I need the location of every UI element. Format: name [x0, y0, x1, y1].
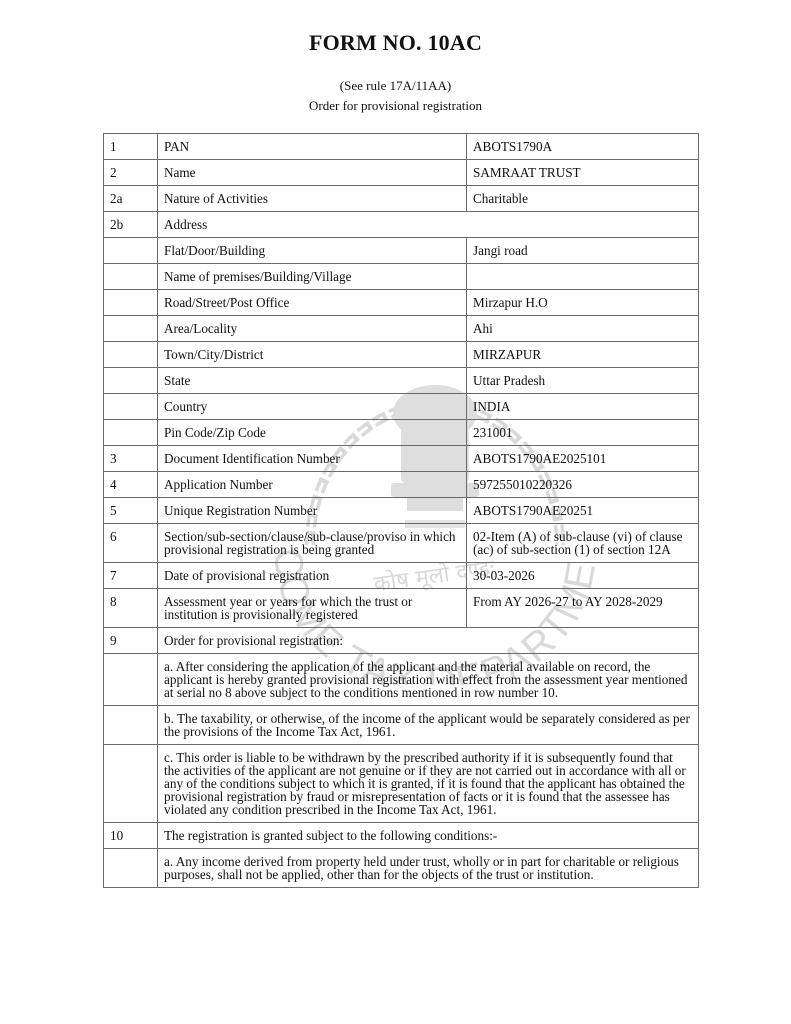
field-label: Application Number: [158, 472, 467, 498]
table-row-order: 9 Order for provisional registration:: [104, 628, 699, 654]
section-label: Address: [158, 212, 699, 238]
address-row: Name of premises/Building/Village: [104, 264, 699, 290]
field-value: 231001: [467, 420, 699, 446]
serial-number: 10: [104, 823, 158, 849]
table-row-assessment-year: 8 Assessment year or years for which the…: [104, 589, 699, 628]
order-paragraph: c. This order is liable to be withdrawn …: [104, 745, 699, 823]
serial-number: 2a: [104, 186, 158, 212]
field-value: From AY 2026-27 to AY 2028-2029: [467, 589, 699, 628]
address-row: Pin Code/Zip Code 231001: [104, 420, 699, 446]
table-row-date: 7 Date of provisional registration 30-03…: [104, 563, 699, 589]
field-label: Name of premises/Building/Village: [158, 264, 467, 290]
field-value: MIRZAPUR: [467, 342, 699, 368]
serial-number: 6: [104, 524, 158, 563]
field-label: Unique Registration Number: [158, 498, 467, 524]
condition-paragraph: a. Any income derived from property held…: [104, 849, 699, 888]
paragraph-text: c. This order is liable to be withdrawn …: [158, 745, 699, 823]
paragraph-text: a. Any income derived from property held…: [158, 849, 699, 888]
serial-number: 2: [104, 160, 158, 186]
serial-number: 9: [104, 628, 158, 654]
rule-reference: (See rule 17A/11AA): [0, 78, 791, 94]
registration-table: 1 PAN ABOTS1790A 2 Name SAMRAAT TRUST 2a…: [103, 133, 699, 888]
serial-number: 7: [104, 563, 158, 589]
field-value: SAMRAAT TRUST: [467, 160, 699, 186]
field-value: Ahi: [467, 316, 699, 342]
field-label: Nature of Activities: [158, 186, 467, 212]
field-value: INDIA: [467, 394, 699, 420]
field-value: 30-03-2026: [467, 563, 699, 589]
address-row: Road/Street/Post Office Mirzapur H.O: [104, 290, 699, 316]
field-label: PAN: [158, 134, 467, 160]
serial-number: 8: [104, 589, 158, 628]
field-value: Uttar Pradesh: [467, 368, 699, 394]
field-value: Charitable: [467, 186, 699, 212]
field-value: Mirzapur H.O: [467, 290, 699, 316]
field-label: Area/Locality: [158, 316, 467, 342]
form-subtitle: Order for provisional registration: [0, 98, 791, 114]
field-label: Assessment year or years for which the t…: [158, 589, 467, 628]
paragraph-text: b. The taxability, or otherwise, of the …: [158, 706, 699, 745]
field-value: ABOTS1790A: [467, 134, 699, 160]
field-label: Name: [158, 160, 467, 186]
address-row: State Uttar Pradesh: [104, 368, 699, 394]
field-label: Country: [158, 394, 467, 420]
field-value: ABOTS1790AE2025101: [467, 446, 699, 472]
field-label: Flat/Door/Building: [158, 238, 467, 264]
table-row-name: 2 Name SAMRAAT TRUST: [104, 160, 699, 186]
table-row-urn: 5 Unique Registration Number ABOTS1790AE…: [104, 498, 699, 524]
address-row: Area/Locality Ahi: [104, 316, 699, 342]
address-row: Flat/Door/Building Jangi road: [104, 238, 699, 264]
field-label: Pin Code/Zip Code: [158, 420, 467, 446]
table-row-nature: 2a Nature of Activities Charitable: [104, 186, 699, 212]
field-value: Jangi road: [467, 238, 699, 264]
table-row-application-number: 4 Application Number 597255010220326: [104, 472, 699, 498]
order-paragraph: a. After considering the application of …: [104, 654, 699, 706]
serial-number: 2b: [104, 212, 158, 238]
table-row-address: 2b Address: [104, 212, 699, 238]
table-row-din: 3 Document Identification Number ABOTS17…: [104, 446, 699, 472]
form-title: FORM NO. 10AC: [0, 30, 791, 56]
serial-number: 1: [104, 134, 158, 160]
paragraph-text: a. After considering the application of …: [158, 654, 699, 706]
field-label: State: [158, 368, 467, 394]
table-row-pan: 1 PAN ABOTS1790A: [104, 134, 699, 160]
field-value: [467, 264, 699, 290]
field-label: Road/Street/Post Office: [158, 290, 467, 316]
field-label: Section/sub-section/clause/sub-clause/pr…: [158, 524, 467, 563]
field-value: 597255010220326: [467, 472, 699, 498]
field-value: 02-Item (A) of sub-clause (vi) of clause…: [467, 524, 699, 563]
address-row: Town/City/District MIRZAPUR: [104, 342, 699, 368]
serial-number: 5: [104, 498, 158, 524]
field-value: ABOTS1790AE20251: [467, 498, 699, 524]
field-label: Town/City/District: [158, 342, 467, 368]
section-label: Order for provisional registration:: [158, 628, 699, 654]
serial-number: 3: [104, 446, 158, 472]
serial-number: 4: [104, 472, 158, 498]
table-row-conditions: 10 The registration is granted subject t…: [104, 823, 699, 849]
order-paragraph: b. The taxability, or otherwise, of the …: [104, 706, 699, 745]
field-label: Document Identification Number: [158, 446, 467, 472]
table-row-section: 6 Section/sub-section/clause/sub-clause/…: [104, 524, 699, 563]
field-label: Date of provisional registration: [158, 563, 467, 589]
address-row: Country INDIA: [104, 394, 699, 420]
section-label: The registration is granted subject to t…: [158, 823, 699, 849]
